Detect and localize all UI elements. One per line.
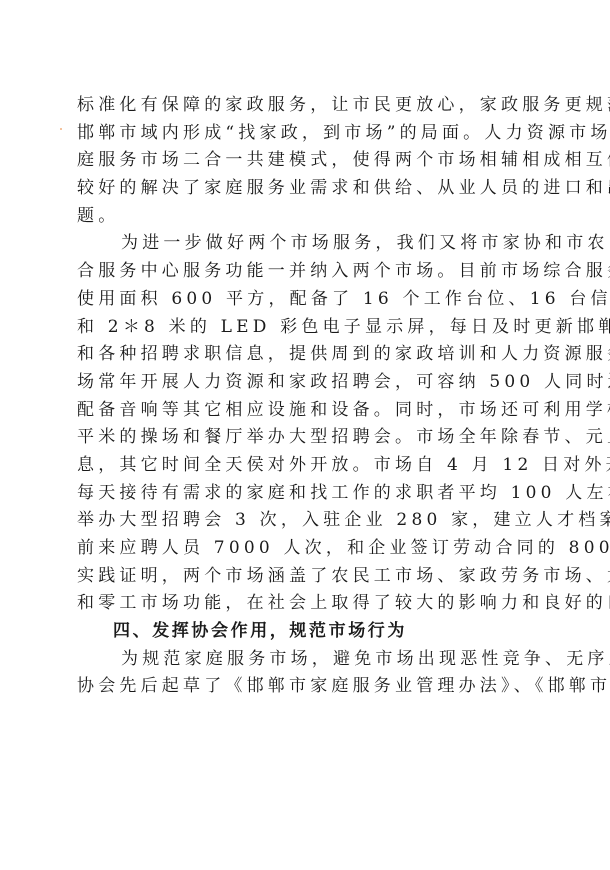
text-line: 每天接待有需求的家庭和找工作的求职者平均 100 人左右，总计	[77, 480, 543, 508]
text-line: 举办大型招聘会 3 次，入驻企业 280 家，建立人才档案 1210 人，	[77, 507, 543, 535]
text-line: 和 2＊8 米的 LED 彩色电子显示屏，每日及时更新邯郸家政需求	[77, 314, 543, 342]
text-line: 较好的解决了家庭服务业需求和供给、从业人员的进口和出口问	[77, 175, 543, 203]
paragraph-regulate-market: 为规范家庭服务市场，避免市场出现恶性竞争、无序发展， 协会先后起草了《邯郸市家庭…	[77, 646, 543, 701]
text-line: 为进一步做好两个市场服务，我们又将市家协和市农民工综	[77, 230, 543, 258]
text-line: 邯郸市域内形成“找家政，到市场”的局面。人力资源市场和家	[77, 120, 543, 148]
text-line: 合服务中心服务功能一并纳入两个市场。目前市场综合服务大厅	[77, 258, 543, 286]
text-line: 使用面积 600 平方，配备了 16 个工作台位、16 台信息查询电脑	[77, 286, 543, 314]
text-line: 平米的操场和餐厅举办大型招聘会。市场全年除春节、元旦休	[77, 424, 543, 452]
text-line: 和零工市场功能，在社会上取得了较大的影响力和良好的口碑。	[77, 590, 543, 618]
text-line: 为规范家庭服务市场，避免市场出现恶性竞争、无序发展，	[77, 646, 543, 674]
text-line: 题。	[77, 203, 543, 231]
paragraph-market-services: 为进一步做好两个市场服务，我们又将市家协和市农民工综 合服务中心服务功能一并纳入…	[77, 230, 543, 618]
paragraph-continued: 标准化有保障的家政服务，让市民更放心，家政服务更规范，在 邯郸市域内形成“找家政…	[77, 92, 543, 230]
text-line: 场常年开展人力资源和家政招聘会，可容纳 500 人同时进场，并	[77, 369, 543, 397]
document-page: 标准化有保障的家政服务，让市民更放心，家政服务更规范，在 邯郸市域内形成“找家政…	[77, 92, 543, 701]
text-line: 前来应聘人员 7000 人次，和企业签订劳动合同的 800 多人次。	[77, 535, 543, 563]
text-line: 实践证明，两个市场涵盖了农民工市场、家政劳务市场、大学生	[77, 563, 543, 591]
text-line: 庭服务市场二合一共建模式，使得两个市场相辅相成相互促进，	[77, 147, 543, 175]
text-line: 和各种招聘求职信息，提供周到的家政培训和人力资源服务。市	[77, 341, 543, 369]
scan-speck	[60, 128, 62, 130]
section-heading: 四、发挥协会作用，规范市场行为	[77, 618, 543, 646]
text-line: 息，其它时间全天侯对外开放。市场自 4 月 12 日对外开放以来，	[77, 452, 543, 480]
text-line: 标准化有保障的家政服务，让市民更放心，家政服务更规范，在	[77, 92, 543, 120]
text-line: 配备音响等其它相应设施和设备。同时，市场还可利用学校 1 万	[77, 397, 543, 425]
text-line: 协会先后起草了《邯郸市家庭服务业管理办法》、《邯郸市家政体	[77, 673, 543, 701]
